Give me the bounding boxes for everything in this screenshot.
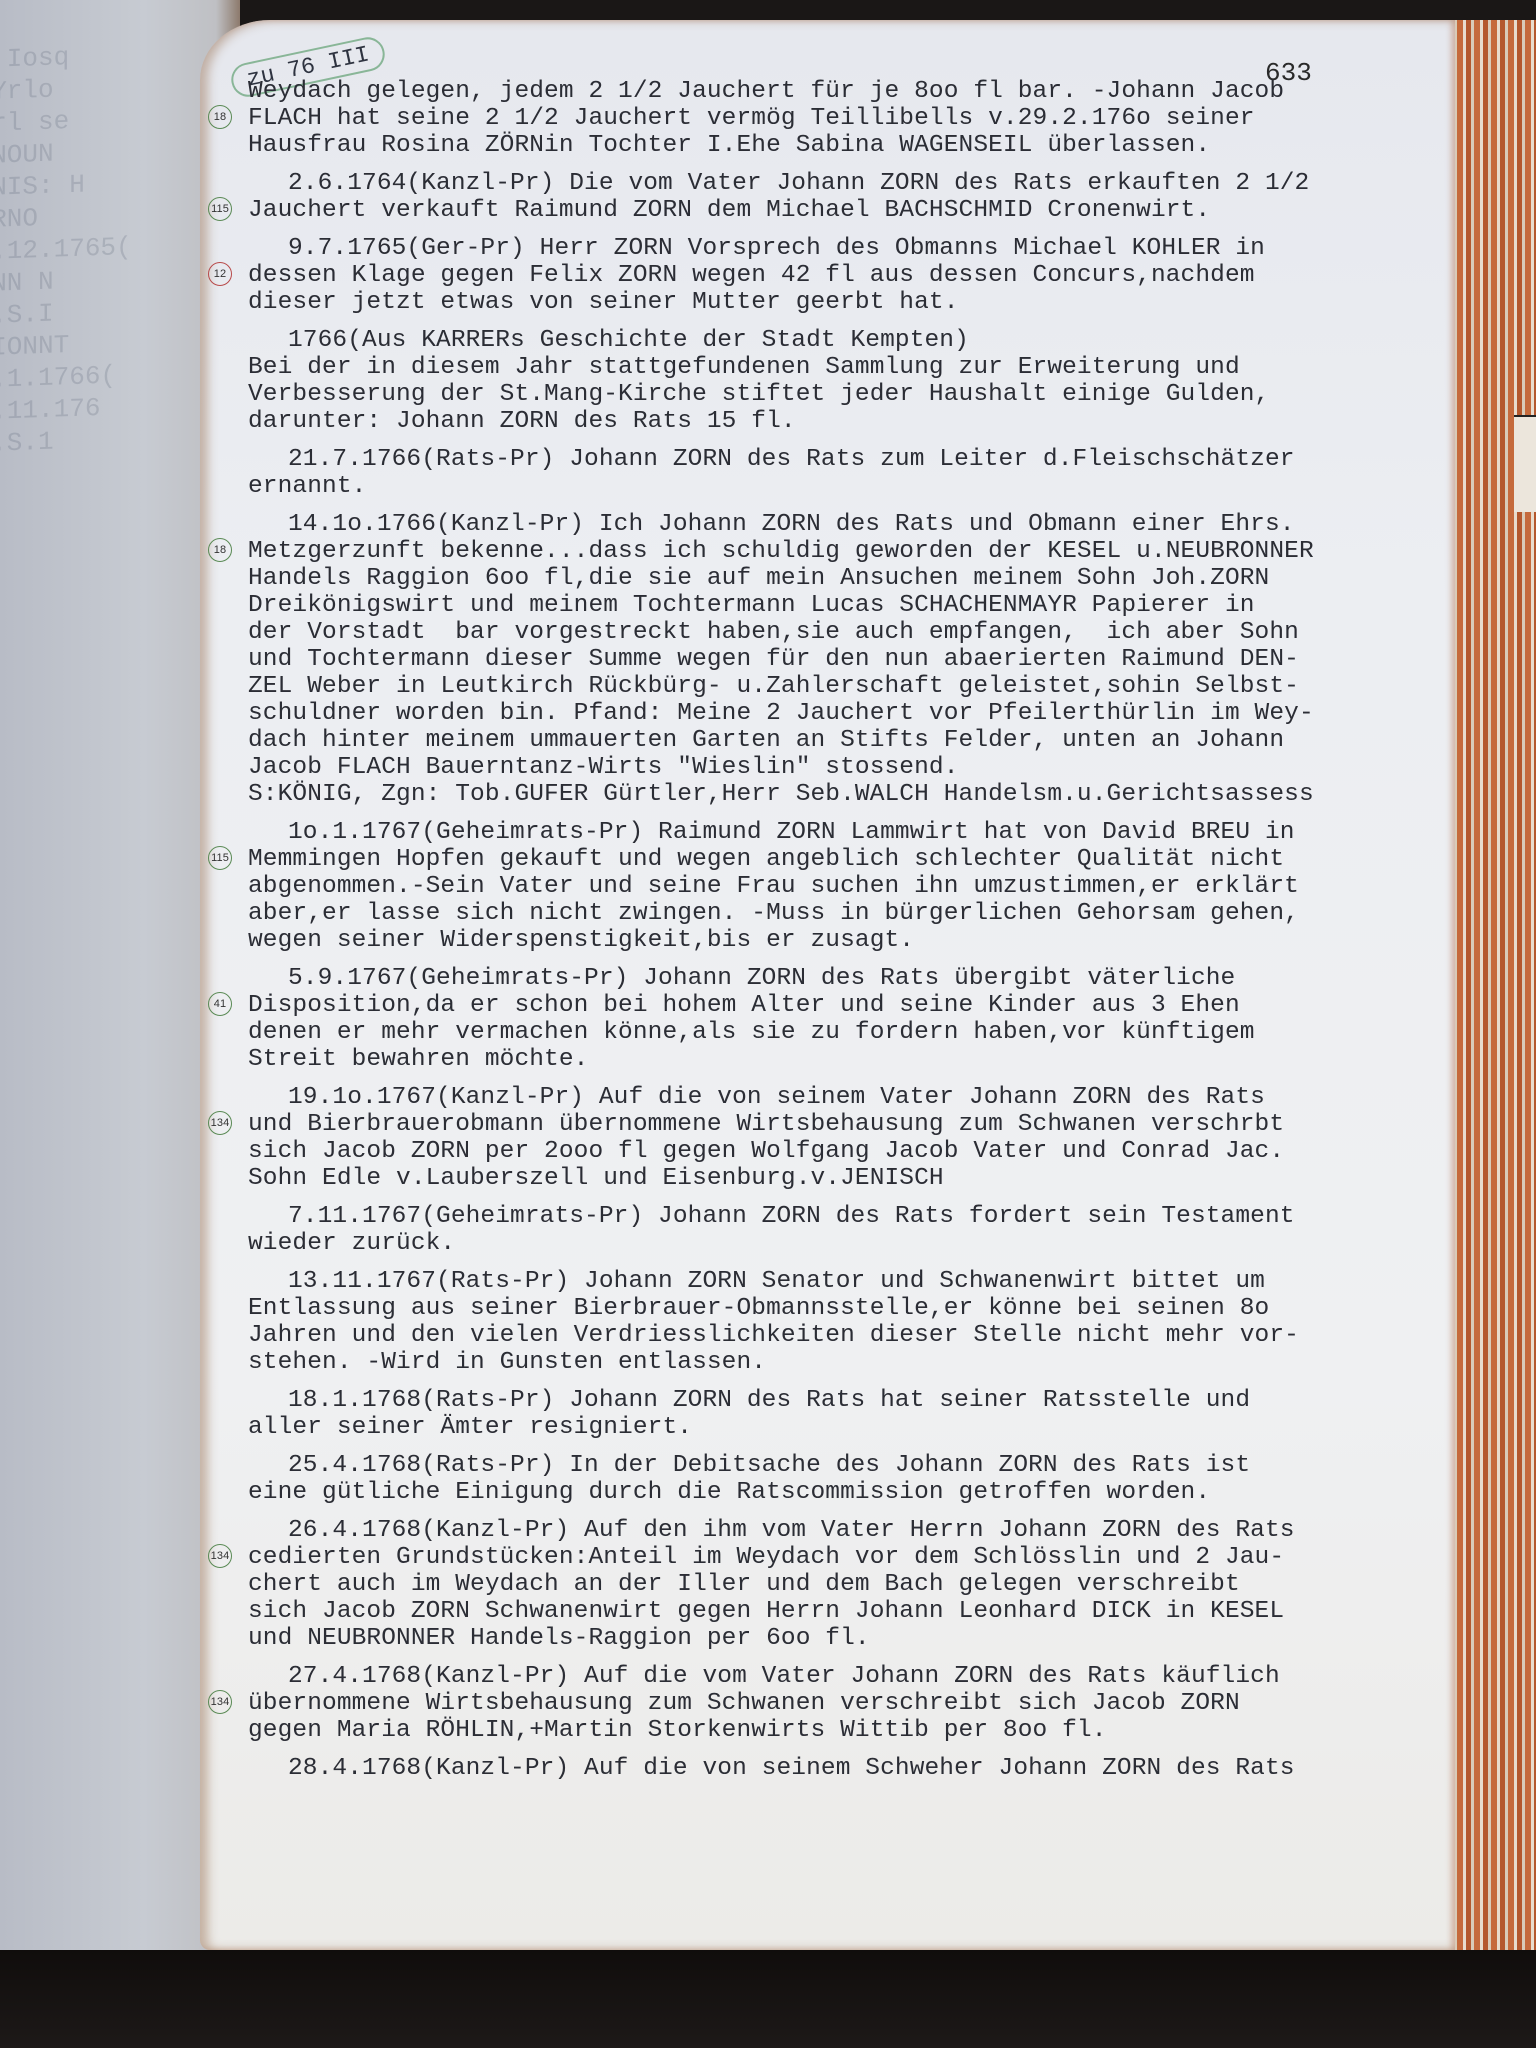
archive-entry: 21.7.1766(Rats-Pr) Johann ZORN des Rats … (248, 446, 1438, 500)
margin-circle-mark: 18 (208, 105, 232, 129)
typed-line: 28.4.1768(Kanzl-Pr) Auf die von seinem S… (248, 1755, 1438, 1782)
typed-line: stehen. -Wird in Gunsten entlassen. (248, 1349, 1438, 1376)
typed-line: Sohn Edle v.Lauberszell und Eisenburg.v.… (248, 1165, 1438, 1192)
margin-circle-mark: 12 (208, 262, 232, 286)
typed-line: der Vorstadt bar vorgestreckt haben,sie … (248, 619, 1438, 646)
table-surface (0, 1950, 1536, 2048)
typed-line: 2.6.1764(Kanzl-Pr) Die vom Vater Johann … (248, 170, 1438, 197)
archive-entry: 7.11.1767(Geheimrats-Pr) Johann ZORN des… (248, 1203, 1438, 1257)
typed-line: Jahren und den vielen Verdriesslichkeite… (248, 1322, 1438, 1349)
typed-line: Metzgerzunft bekenne...dass ich schuldig… (248, 538, 1438, 565)
archive-entry: 25.4.1768(Rats-Pr) In der Debitsache des… (248, 1452, 1438, 1506)
typed-line: 18.1.1768(Rats-Pr) Johann ZORN des Rats … (248, 1387, 1438, 1414)
typed-line: ZEL Weber in Leutkirch Rückbürg- u.Zahle… (248, 673, 1438, 700)
typed-line: Jacob FLACH Bauerntanz-Wirts "Wieslin" s… (248, 754, 1438, 781)
typed-line: FLACH hat seine 2 1/2 Jauchert vermög Te… (248, 105, 1438, 132)
archive-entry: 28.4.1768(Kanzl-Pr) Auf die von seinem S… (248, 1755, 1438, 1782)
archive-entry: 13.11.1767(Rats-Pr) Johann ZORN Senator … (248, 1268, 1438, 1376)
index-tab (1514, 415, 1536, 512)
margin-circle-mark: 134 (208, 1111, 232, 1135)
archive-entry: 415.9.1767(Geheimrats-Pr) Johann ZORN de… (248, 965, 1438, 1073)
typed-line: aller seiner Ämter resigniert. (248, 1414, 1438, 1441)
typed-line: 9.7.1765(Ger-Pr) Herr ZORN Vorsprech des… (248, 235, 1438, 262)
typed-line: darunter: Johann ZORN des Rats 15 fl. (248, 408, 1438, 435)
typed-line: Streit bewahren möchte. (248, 1046, 1438, 1073)
typed-line: und Bierbrauerobmann übernommene Wirtsbe… (248, 1111, 1438, 1138)
typed-line: abgenommen.-Sein Vater und seine Frau su… (248, 873, 1438, 900)
archive-entry: 1152.6.1764(Kanzl-Pr) Die vom Vater Joha… (248, 170, 1438, 224)
typed-line: Jauchert verkauft Raimund ZORN dem Micha… (248, 197, 1438, 224)
typed-line: dach hinter meinem ummauerten Garten an … (248, 727, 1438, 754)
typed-page: zu 76 III 633 18Weydach gelegen, jedem 2… (200, 20, 1455, 1950)
page-content: 18Weydach gelegen, jedem 2 1/2 Jauchert … (248, 78, 1438, 1793)
archive-entry: 13426.4.1768(Kanzl-Pr) Auf den ihm vom V… (248, 1517, 1438, 1652)
typed-line: sich Jacob ZORN per 2ooo fl gegen Wolfga… (248, 1138, 1438, 1165)
archive-entry: 1766(Aus KARRERs Geschichte der Stadt Ke… (248, 327, 1438, 435)
typed-line: Handels Raggion 6oo fl,die sie auf mein … (248, 565, 1438, 592)
margin-circle-mark: 41 (208, 992, 232, 1016)
typed-line: und Tochtermann dieser Summe wegen für d… (248, 646, 1438, 673)
typed-line: 5.9.1767(Geheimrats-Pr) Johann ZORN des … (248, 965, 1438, 992)
typed-line: 19.1o.1767(Kanzl-Pr) Auf die von seinem … (248, 1084, 1438, 1111)
typed-line: Memmingen Hopfen gekauft und wegen angeb… (248, 846, 1438, 873)
margin-circle-mark: 115 (208, 197, 232, 221)
typed-line: Dreikönigswirt und meinem Tochtermann Lu… (248, 592, 1438, 619)
typed-line: chert auch im Weydach an der Iller und d… (248, 1571, 1438, 1598)
typed-line: und NEUBRONNER Handels-Raggion per 6oo f… (248, 1625, 1438, 1652)
typed-line: sich Jacob ZORN Schwanenwirt gegen Herrn… (248, 1598, 1438, 1625)
typed-line: 1766(Aus KARRERs Geschichte der Stadt Ke… (248, 327, 1438, 354)
typed-line: übernommene Wirtsbehausung zum Schwanen … (248, 1690, 1438, 1717)
margin-circle-mark: 115 (208, 846, 232, 870)
typed-line: wieder zurück. (248, 1230, 1438, 1257)
typed-line: dessen Klage gegen Felix ZORN wegen 42 f… (248, 262, 1438, 289)
archive-entry: 18.1.1768(Rats-Pr) Johann ZORN des Rats … (248, 1387, 1438, 1441)
typed-line: cedierten Grundstücken:Anteil im Weydach… (248, 1544, 1438, 1571)
typed-line: 7.11.1767(Geheimrats-Pr) Johann ZORN des… (248, 1203, 1438, 1230)
margin-circle-mark: 134 (208, 1690, 232, 1714)
archive-entry: 18Weydach gelegen, jedem 2 1/2 Jauchert … (248, 78, 1438, 159)
archive-entry: 129.7.1765(Ger-Pr) Herr ZORN Vorsprech d… (248, 235, 1438, 316)
typed-line: schuldner worden bin. Pfand: Meine 2 Jau… (248, 700, 1438, 727)
archive-entry: 1814.1o.1766(Kanzl-Pr) Ich Johann ZORN d… (248, 511, 1438, 808)
typed-line: Verbesserung der St.Mang-Kirche stiftet … (248, 381, 1438, 408)
typed-line: gegen Maria RÖHLIN,+Martin Storkenwirts … (248, 1717, 1438, 1744)
typed-line: eine gütliche Einigung durch die Ratscom… (248, 1479, 1438, 1506)
typed-line: Bei der in diesem Jahr stattgefundenen S… (248, 354, 1438, 381)
typed-line: Entlassung aus seiner Bierbrauer-Obmanns… (248, 1295, 1438, 1322)
typed-line: S:KÖNIG, Zgn: Tob.GUFER Gürtler,Herr Seb… (248, 781, 1438, 808)
typed-line: 25.4.1768(Rats-Pr) In der Debitsache des… (248, 1452, 1438, 1479)
typed-line: aber,er lasse sich nicht zwingen. -Muss … (248, 900, 1438, 927)
typed-line: wegen seiner Widerspenstigkeit,bis er zu… (248, 927, 1438, 954)
typed-line: Weydach gelegen, jedem 2 1/2 Jauchert fü… (248, 78, 1438, 105)
archive-entry: 1151o.1.1767(Geheimrats-Pr) Raimund ZORN… (248, 819, 1438, 954)
typed-line: Disposition,da er schon bei hohem Alter … (248, 992, 1438, 1019)
typed-line: 13.11.1767(Rats-Pr) Johann ZORN Senator … (248, 1268, 1438, 1295)
typed-line: dieser jetzt etwas von seiner Mutter gee… (248, 289, 1438, 316)
typed-line: 26.4.1768(Kanzl-Pr) Auf den ihm vom Vate… (248, 1517, 1438, 1544)
typed-line: denen er mehr vermachen könne,als sie zu… (248, 1019, 1438, 1046)
typed-line: Hausfrau Rosina ZÖRNin Tochter I.Ehe Sab… (248, 132, 1438, 159)
margin-circle-mark: 134 (208, 1544, 232, 1568)
margin-circle-mark: 18 (208, 538, 232, 562)
typed-line: 21.7.1766(Rats-Pr) Johann ZORN des Rats … (248, 446, 1438, 473)
archive-entry: 13419.1o.1767(Kanzl-Pr) Auf die von sein… (248, 1084, 1438, 1192)
typed-line: 27.4.1768(Kanzl-Pr) Auf die vom Vater Jo… (248, 1663, 1438, 1690)
typed-line: 14.1o.1766(Kanzl-Pr) Ich Johann ZORN des… (248, 511, 1438, 538)
archive-entry: 13427.4.1768(Kanzl-Pr) Auf die vom Vater… (248, 1663, 1438, 1744)
typed-line: ernannt. (248, 473, 1438, 500)
typed-line: 1o.1.1767(Geheimrats-Pr) Raimund ZORN La… (248, 819, 1438, 846)
